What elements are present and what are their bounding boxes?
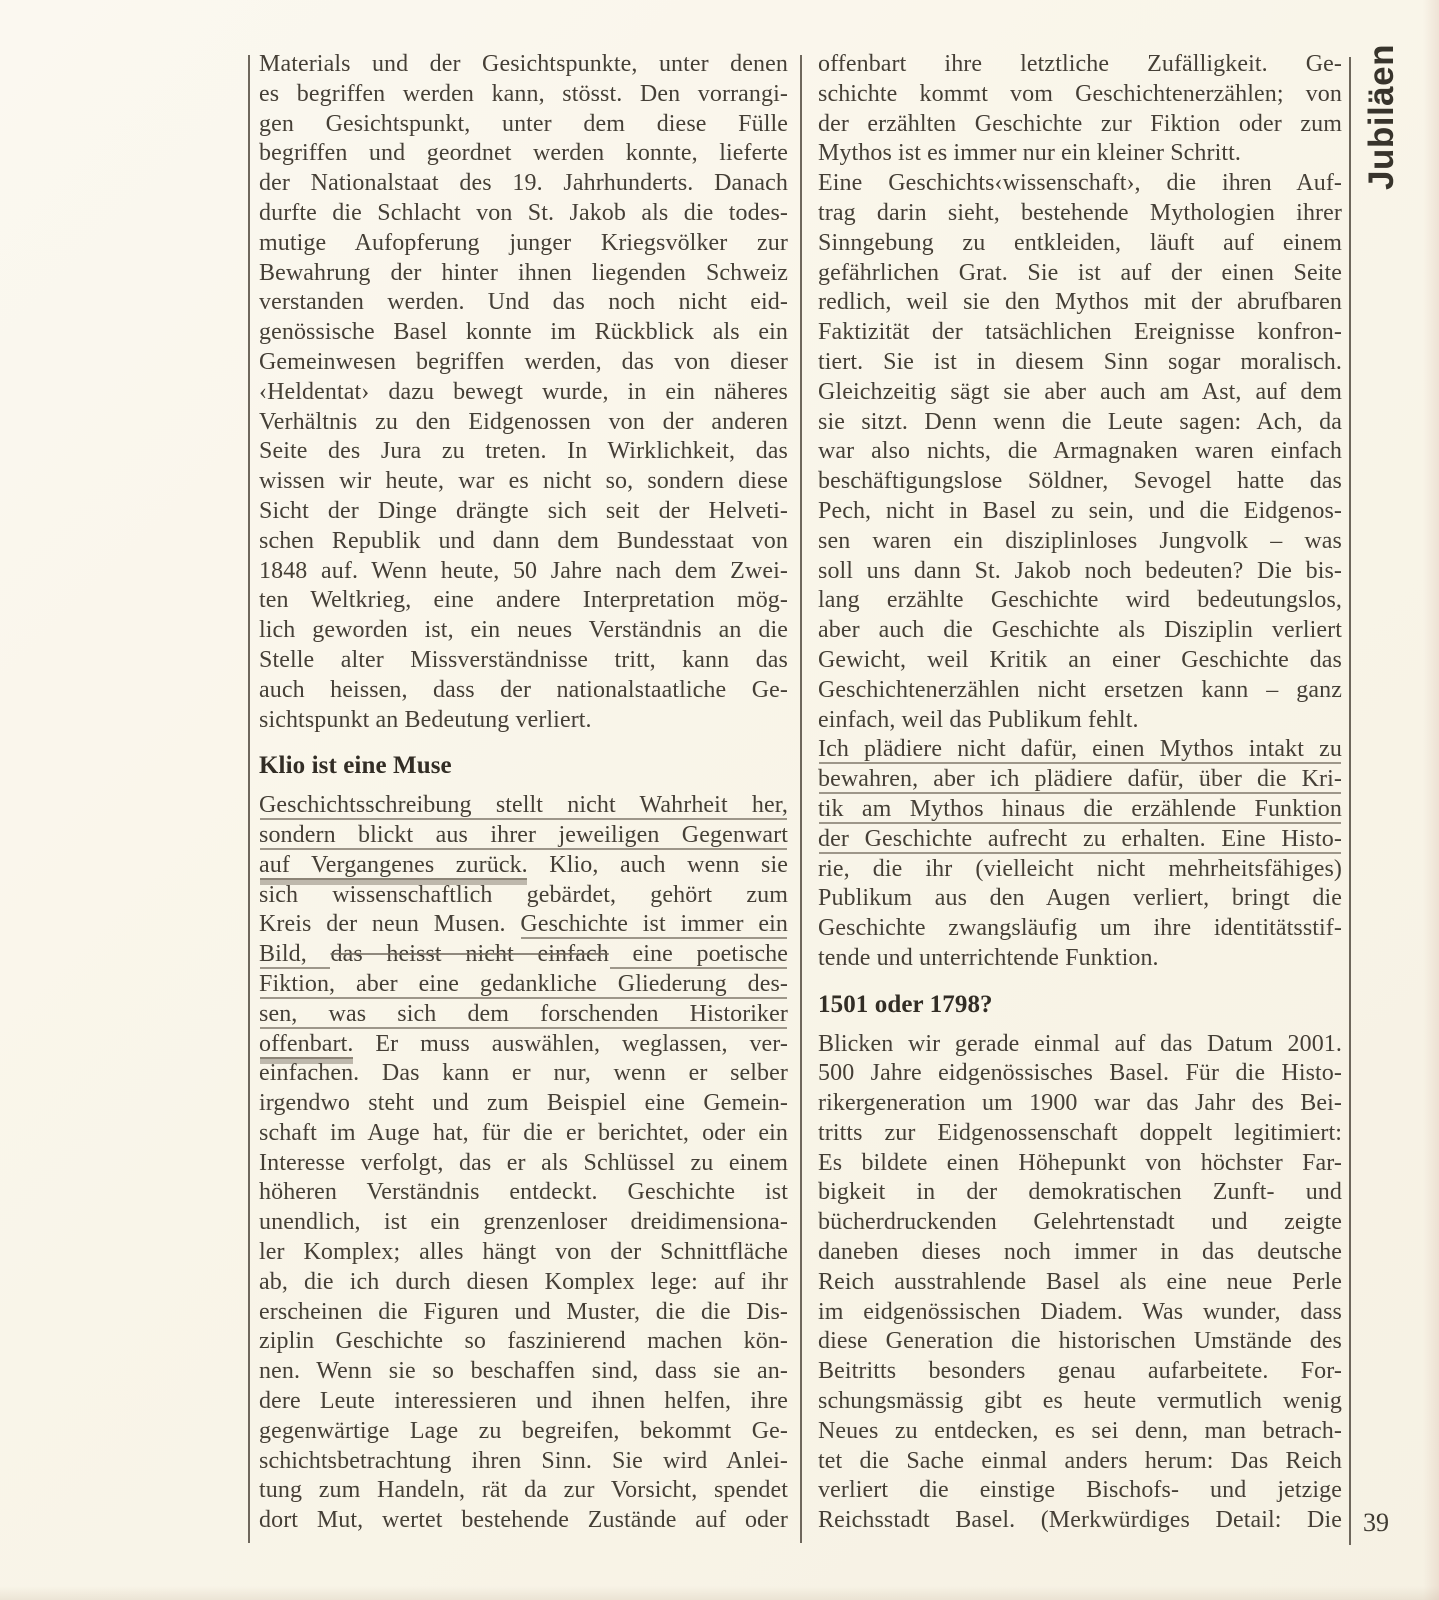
text-line: sondern blickt aus ihrer jeweiligen Gege… [259, 821, 788, 851]
text-segment: Reich ausstrahlende Basel als eine neue … [818, 1269, 1342, 1295]
pencil-underline: offenbart. [259, 1031, 354, 1057]
text-line: ab, die ich durch diesen Komplex lege: a… [259, 1268, 788, 1298]
text-line: sen waren ein disziplinloses Jungvolk – … [818, 527, 1342, 557]
text-line: schen Republik und dann dem Bundesstaat … [259, 527, 788, 557]
text-segment: Verhältnis zu den Eidgenossen von der an… [259, 409, 788, 435]
text-line: schaft im Auge hat, für die er berichtet… [259, 1119, 788, 1149]
text-line: verliert die einstige Bischofs- und jetz… [818, 1476, 1342, 1506]
pencil-underline: sondern blickt aus ihrer jeweiligen Gege… [259, 822, 788, 848]
text-segment: Eine Geschichts‹wissenschaft›, die ihren… [818, 170, 1342, 196]
text-segment: wissen wir heute, war es nicht so, sonde… [259, 468, 788, 494]
text-segment: gegenwärtige Lage zu begreifen, bekommt … [259, 1418, 788, 1444]
text-line: im eidgenössischen Diadem. Was wunder, d… [818, 1298, 1342, 1328]
text-line: redlich, weil sie den Mythos mit der abr… [818, 288, 1342, 318]
text-segment: begriffen und geordnet werden konnte, li… [259, 140, 788, 166]
text-segment: trag darin sieht, bestehende Mythologien… [818, 200, 1342, 226]
text-line: Publikum aus den Augen verliert, bringt … [818, 884, 1342, 914]
pencil-underline: Ich plädiere nicht dafür, einen Mythos i… [818, 736, 1342, 762]
text-line: tiert. Sie ist in diesem Sinn sogar mora… [818, 348, 1342, 378]
text-line: ler Komplex; alles hängt von der Schnitt… [259, 1238, 788, 1268]
text-line: Bewahrung der hinter ihnen liegenden Sch… [259, 259, 788, 289]
text-segment: sichtspunkt an Bedeutung verliert. [259, 707, 592, 733]
text-segment: tiert. Sie ist in diesem Sinn sogar mora… [818, 349, 1342, 375]
pencil-underline: eine poetische [609, 941, 788, 967]
text-segment: schichtsbetrachtung ihren Sinn. Sie wird… [259, 1448, 788, 1474]
text-line: genössische Basel konnte im Rückblick al… [259, 318, 788, 348]
text-line: gen Gesichtspunkt, unter dem diese Fülle [259, 110, 788, 140]
text-line: auch heissen, dass der nationalstaatlich… [259, 676, 788, 706]
text-segment: beschäftigungslose Söldner, Sevogel hatt… [818, 468, 1342, 494]
section-heading: 1501 oder 1798? [818, 990, 1342, 1020]
text-segment: tritts zur Eidgenossenschaft doppelt leg… [818, 1120, 1342, 1146]
text-line: Kreis der neun Musen. Geschichte ist imm… [259, 910, 788, 940]
text-line: trag darin sieht, bestehende Mythologien… [818, 199, 1342, 229]
text-line: sichtspunkt an Bedeutung verliert. [259, 706, 788, 736]
pencil-underline: tik am Mythos hinaus die erzählende Funk… [818, 796, 1342, 822]
text-segment: gefährlichen Grat. Sie ist auf der einen… [818, 260, 1342, 286]
text-line: tet die Sache einmal anders herum: Das R… [818, 1447, 1342, 1477]
page-number: 39 [1363, 1508, 1389, 1538]
text-segment: tung zum Handeln, rät da zur Vorsicht, s… [259, 1477, 788, 1503]
text-line: offenbart. Er muss auswählen, weglassen,… [259, 1030, 788, 1060]
text-segment: im eidgenössischen Diadem. Was wunder, d… [818, 1299, 1342, 1325]
text-line: Sinngebung zu entkleiden, läuft auf eine… [818, 229, 1342, 259]
text-segment: nen. Wenn sie so beschaffen sind, dass s… [259, 1358, 788, 1384]
text-segment: einfach, weil das Publikum fehlt. [818, 707, 1139, 733]
text-line: schichtsbetrachtung ihren Sinn. Sie wird… [259, 1447, 788, 1477]
text-line: sie sitzt. Denn wenn die Leute sagen: Ac… [818, 408, 1342, 438]
right-margin-rule [1349, 57, 1351, 1545]
text-line: der erzählten Geschichte zur Fiktion ode… [818, 110, 1342, 140]
text-segment: redlich, weil sie den Mythos mit der abr… [818, 289, 1342, 315]
text-segment: tet die Sache einmal anders herum: Das R… [818, 1448, 1342, 1474]
text-segment: diese Generation die historischen Umstän… [818, 1328, 1342, 1354]
text-line: Neues zu entdecken, es sei denn, man bet… [818, 1417, 1342, 1447]
text-line: mutige Aufopferung junger Kriegsvölker z… [259, 229, 788, 259]
text-segment: ziplin Geschichte so faszinierend machen… [259, 1328, 788, 1354]
left-column: Materials und der Gesichtspunkte, unter … [259, 50, 788, 1536]
text-segment: Publikum aus den Augen verliert, bringt … [818, 885, 1342, 911]
pencil-underline: Bild, [259, 941, 331, 967]
pencil-underline: auf Vergangenes zurück. [259, 852, 528, 878]
text-line: Ich plädiere nicht dafür, einen Mythos i… [818, 735, 1342, 765]
text-segment: schaft im Auge hat, für die er berichtet… [259, 1120, 788, 1146]
text-segment: es begriffen werden kann, stösst. Den vo… [259, 81, 788, 107]
text-line: ziplin Geschichte so faszinierend machen… [259, 1327, 788, 1357]
text-line: auf Vergangenes zurück. Klio, auch wenn … [259, 851, 788, 881]
text-segment: ten Weltkrieg, eine andere Interpretatio… [259, 587, 788, 613]
column-divider-rule [800, 55, 802, 1543]
pencil-underline: Geschichtsschreibung stellt nicht Wahrhe… [259, 792, 788, 818]
text-segment: war also nichts, die Armagnaken waren ei… [818, 438, 1342, 464]
text-segment: dere Leute interessieren und ihnen helfe… [259, 1388, 788, 1414]
pencil-underline: sen, was sich dem forschenden Historiker [259, 1001, 788, 1027]
text-line: sich wissenschaftlich gebärdet, gehört z… [259, 881, 788, 911]
text-line: diese Generation die historischen Umstän… [818, 1327, 1342, 1357]
text-line: Stelle alter Missverständnisse tritt, ka… [259, 646, 788, 676]
text-segment: 1848 auf. Wenn heute, 50 Jahre nach dem … [259, 558, 788, 584]
text-segment: rikergeneration um 1900 war das Jahr des… [818, 1090, 1342, 1116]
text-segment: sen waren ein disziplinloses Jungvolk – … [818, 528, 1342, 554]
text-segment: Beitritts besonders genau aufarbeitete. … [818, 1358, 1342, 1384]
text-segment: dort Mut, wertet bestehende Zustände auf… [259, 1507, 788, 1533]
text-line: gegenwärtige Lage zu begreifen, bekommt … [259, 1417, 788, 1447]
text-segment: ab, die ich durch diesen Komplex lege: a… [259, 1269, 788, 1295]
text-segment: bücherdruckenden Gelehrtenstadt und zeig… [818, 1209, 1342, 1235]
text-segment: 500 Jahre eidgenössisches Basel. Für die… [818, 1060, 1342, 1086]
text-segment: Seite des Jura zu treten. In Wirklichkei… [259, 438, 788, 464]
text-segment: soll uns dann St. Jakob noch bedeuten? D… [818, 558, 1342, 584]
text-segment: Sinngebung zu entkleiden, läuft auf eine… [818, 230, 1342, 256]
text-line: Beitritts besonders genau aufarbeitete. … [818, 1357, 1342, 1387]
text-line: nen. Wenn sie so beschaffen sind, dass s… [259, 1357, 788, 1387]
text-line: Gemeinwesen begriffen werden, das von di… [259, 348, 788, 378]
text-line: Es bildete einen Höhepunkt von höchster … [818, 1149, 1342, 1179]
text-segment: Bewahrung der hinter ihnen liegenden Sch… [259, 260, 788, 286]
text-segment: Mythos ist es immer nur ein kleiner Schr… [818, 140, 1241, 166]
text-line: 500 Jahre eidgenössisches Basel. Für die… [818, 1059, 1342, 1089]
text-segment: lich geworden ist, ein neues Verständnis… [259, 617, 788, 643]
text-segment: schen Republik und dann dem Bundesstaat … [259, 528, 788, 554]
text-segment: Klio, auch wenn sie [528, 852, 788, 878]
text-segment: tende und unterrichtende Funktion. [818, 945, 1159, 971]
text-line: wissen wir heute, war es nicht so, sonde… [259, 467, 788, 497]
text-segment: Reichsstadt Basel. (Merkwürdiges Detail:… [818, 1507, 1342, 1533]
text-segment: Gewicht, weil Kritik an einer Geschichte… [818, 647, 1342, 673]
text-line: Fiktion, aber eine gedankliche Gliederun… [259, 970, 788, 1000]
text-segment: genössische Basel konnte im Rückblick al… [259, 319, 788, 345]
text-line: Geschichtsschreibung stellt nicht Wahrhe… [259, 791, 788, 821]
text-line: dort Mut, wertet bestehende Zustände auf… [259, 1506, 788, 1536]
text-segment: sich wissenschaftlich gebärdet, gehört z… [259, 882, 788, 908]
text-line: Sicht der Dinge drängte sich seit der He… [259, 497, 788, 527]
right-column: offenbart ihre letztliche Zufälligkeit. … [818, 50, 1342, 1536]
text-segment: daneben dieses noch immer in das deutsch… [818, 1239, 1342, 1265]
text-segment: auch heissen, dass der nationalstaatlich… [259, 677, 788, 703]
text-segment: verstanden werden. Und das noch nicht ei… [259, 289, 788, 315]
text-line: höheren Verständnis entdeckt. Geschichte… [259, 1178, 788, 1208]
text-line: ‹Heldentat› dazu bewegt wurde, in ein nä… [259, 378, 788, 408]
text-line: tende und unterrichtende Funktion. [818, 944, 1342, 974]
left-column-rule [248, 55, 250, 1543]
text-line: war also nichts, die Armagnaken waren ei… [818, 437, 1342, 467]
text-segment: einfachen. Das kann er nur, wenn er selb… [259, 1060, 788, 1086]
text-line: durfte die Schlacht von St. Jakob als di… [259, 199, 788, 229]
text-segment: Interesse verfolgt, das er als Schlüssel… [259, 1150, 788, 1176]
section-heading: Klio ist eine Muse [259, 751, 788, 781]
text-line: Mythos ist es immer nur ein kleiner Schr… [818, 139, 1342, 169]
text-line: Gewicht, weil Kritik an einer Geschichte… [818, 646, 1342, 676]
text-segment: sie sitzt. Denn wenn die Leute sagen: Ac… [818, 409, 1342, 435]
text-segment: ler Komplex; alles hängt von der Schnitt… [259, 1239, 788, 1265]
text-line: es begriffen werden kann, stösst. Den vo… [259, 80, 788, 110]
text-segment: schungsmässig gibt es heute vermutlich w… [818, 1388, 1342, 1414]
text-segment: aber auch die Geschichte als Disziplin v… [818, 617, 1342, 643]
text-segment: verliert die einstige Bischofs- und jetz… [818, 1477, 1342, 1503]
text-segment: Gemeinwesen begriffen werden, das von di… [259, 349, 788, 375]
text-line: Interesse verfolgt, das er als Schlüssel… [259, 1149, 788, 1179]
text-segment: offenbart ihre letztliche Zufälligkeit. … [818, 51, 1342, 77]
text-line: Seite des Jura zu treten. In Wirklichkei… [259, 437, 788, 467]
text-line: Bild, das heisst nicht einfach eine poet… [259, 940, 788, 970]
text-line: Pech, nicht in Basel zu sein, und die Ei… [818, 497, 1342, 527]
text-line: verstanden werden. Und das noch nicht ei… [259, 288, 788, 318]
text-line: rie, die ihr (vielleicht nicht mehrheits… [818, 855, 1342, 885]
text-segment: Gleichzeitig sägt sie aber auch am Ast, … [818, 379, 1342, 405]
text-line: der Nationalstaat des 19. Jahrhunderts. … [259, 169, 788, 199]
text-segment: Pech, nicht in Basel zu sein, und die Ei… [818, 498, 1342, 524]
pencil-underline: Geschichte ist immer ein [520, 911, 788, 937]
text-line: lang erzählte Geschichte wird bedeutungs… [818, 586, 1342, 616]
text-line: tik am Mythos hinaus die erzählende Funk… [818, 795, 1342, 825]
text-line: bigkeit in der demokratischen Zunft- und [818, 1178, 1342, 1208]
text-line: einfach, weil das Publikum fehlt. [818, 706, 1342, 736]
text-line: 1848 auf. Wenn heute, 50 Jahre nach dem … [259, 557, 788, 587]
text-line: einfachen. Das kann er nur, wenn er selb… [259, 1059, 788, 1089]
text-segment: Geschichtenerzählen nicht ersetzen kann … [818, 677, 1342, 703]
text-line: Gleichzeitig sägt sie aber auch am Ast, … [818, 378, 1342, 408]
text-segment: höheren Verständnis entdeckt. Geschichte… [259, 1179, 788, 1205]
text-line: beschäftigungslose Söldner, Sevogel hatt… [818, 467, 1342, 497]
text-segment: irgendwo steht und zum Beispiel eine Gem… [259, 1090, 788, 1116]
text-segment: Materials und der Gesichtspunkte, unter … [259, 51, 788, 77]
text-segment: ‹Heldentat› dazu bewegt wurde, in ein nä… [259, 379, 788, 405]
text-line: Geschichte zwangsläufig um ihre identitä… [818, 914, 1342, 944]
text-segment: Blicken wir gerade einmal auf das Datum … [818, 1031, 1342, 1057]
text-line: bewahren, aber ich plädiere dafür, über … [818, 765, 1342, 795]
text-line: bücherdruckenden Gelehrtenstadt und zeig… [818, 1208, 1342, 1238]
text-line: tung zum Handeln, rät da zur Vorsicht, s… [259, 1476, 788, 1506]
text-line: begriffen und geordnet werden konnte, li… [259, 139, 788, 169]
text-line: rikergeneration um 1900 war das Jahr des… [818, 1089, 1342, 1119]
text-line: erscheinen die Figuren und Muster, die d… [259, 1298, 788, 1328]
text-line: soll uns dann St. Jakob noch bedeuten? D… [818, 557, 1342, 587]
pencil-underline: Fiktion, aber eine gedankliche Gliederun… [259, 971, 788, 997]
text-line: daneben dieses noch immer in das deutsch… [818, 1238, 1342, 1268]
text-line: Faktizität der tatsächlichen Ereignisse … [818, 318, 1342, 348]
pencil-underline: der Geschichte aufrecht zu erhalten. Ein… [818, 826, 1342, 852]
scanned-page: Materials und der Gesichtspunkte, unter … [0, 0, 1439, 1600]
text-line: tritts zur Eidgenossenschaft doppelt leg… [818, 1119, 1342, 1149]
section-tab-label: Jubiläen [1362, 44, 1402, 190]
text-segment: gen Gesichtspunkt, unter dem diese Fülle [259, 111, 788, 137]
text-segment: durfte die Schlacht von St. Jakob als di… [259, 200, 788, 226]
text-segment: Faktizität der tatsächlichen Ereignisse … [818, 319, 1342, 345]
text-segment: erscheinen die Figuren und Muster, die d… [259, 1299, 788, 1325]
text-segment: Stelle alter Missverständnisse tritt, ka… [259, 647, 788, 673]
text-segment: schichte kommt vom Geschichtenerzählen; … [818, 81, 1342, 107]
text-line: Materials und der Gesichtspunkte, unter … [259, 50, 788, 80]
text-line: schichte kommt vom Geschichtenerzählen; … [818, 80, 1342, 110]
text-line: Eine Geschichts‹wissenschaft›, die ihren… [818, 169, 1342, 199]
text-segment: Kreis der neun Musen. [259, 911, 520, 937]
text-line: Verhältnis zu den Eidgenossen von der an… [259, 408, 788, 438]
text-line: Reich ausstrahlende Basel als eine neue … [818, 1268, 1342, 1298]
text-segment: Er muss auswählen, weglassen, ver- [354, 1031, 788, 1057]
text-line: Reichsstadt Basel. (Merkwürdiges Detail:… [818, 1506, 1342, 1536]
text-segment: Geschichte zwangsläufig um ihre identitä… [818, 915, 1342, 941]
text-segment: Es bildete einen Höhepunkt von höchster … [818, 1150, 1342, 1176]
text-segment: bigkeit in der demokratischen Zunft- und [818, 1179, 1342, 1205]
text-line: der Geschichte aufrecht zu erhalten. Ein… [818, 825, 1342, 855]
text-line: dere Leute interessieren und ihnen helfe… [259, 1387, 788, 1417]
text-line: sen, was sich dem forschenden Historiker [259, 1000, 788, 1030]
text-line: gefährlichen Grat. Sie ist auf der einen… [818, 259, 1342, 289]
text-line: aber auch die Geschichte als Disziplin v… [818, 616, 1342, 646]
text-segment: lang erzählte Geschichte wird bedeutungs… [818, 587, 1342, 613]
text-line: offenbart ihre letztliche Zufälligkeit. … [818, 50, 1342, 80]
text-line: Blicken wir gerade einmal auf das Datum … [818, 1030, 1342, 1060]
text-line: Geschichtenerzählen nicht ersetzen kann … [818, 676, 1342, 706]
text-segment: Neues zu entdecken, es sei denn, man bet… [818, 1418, 1342, 1444]
text-line: schungsmässig gibt es heute vermutlich w… [818, 1387, 1342, 1417]
text-segment: mutige Aufopferung junger Kriegsvölker z… [259, 230, 788, 256]
pencil-underline: bewahren, aber ich plädiere dafür, über … [818, 766, 1342, 792]
pencil-strikethrough: das heisst nicht einfach [331, 941, 609, 967]
text-segment: unendlich, ist ein grenzenloser dreidime… [259, 1209, 788, 1235]
text-segment: der Nationalstaat des 19. Jahrhunderts. … [259, 170, 788, 196]
text-line: irgendwo steht und zum Beispiel eine Gem… [259, 1089, 788, 1119]
text-segment: der erzählten Geschichte zur Fiktion ode… [818, 111, 1342, 137]
text-line: ten Weltkrieg, eine andere Interpretatio… [259, 586, 788, 616]
text-line: lich geworden ist, ein neues Verständnis… [259, 616, 788, 646]
text-segment: rie, die ihr (vielleicht nicht mehrheits… [818, 856, 1342, 882]
text-line: unendlich, ist ein grenzenloser dreidime… [259, 1208, 788, 1238]
text-segment: Sicht der Dinge drängte sich seit der He… [259, 498, 788, 524]
